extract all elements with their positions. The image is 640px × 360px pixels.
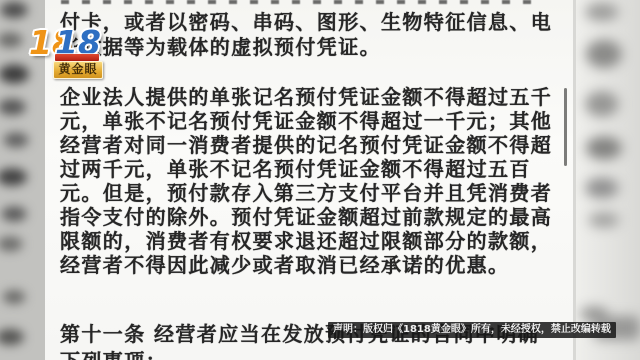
document-line: 经营者对同一消费者提供的记名预付凭证金额不得超 [60,129,565,151]
logo-gold-banner: 黄金眼 [53,61,103,79]
document-line: 过两千元，单张不记名预付凭证金额不得超过五百 [60,153,565,175]
document-page: 付卡，或者以密码、串码、图形、生物特征信息、电 子数据等为载体的虚拟预付凭证。 … [45,0,576,360]
document-line: 指令支付的除外。预付凭证金额超过前款规定的最高 [60,201,565,223]
document-line: 元，单张不记名预付凭证金额不得超过一千元；其他 [60,105,565,127]
document-line: 付卡，或者以密码、串码、图形、生物特征信息、电 [60,6,565,28]
video-frame: 付卡，或者以密码、串码、图形、生物特征信息、电 子数据等为载体的虚拟预付凭证。 … [0,0,640,360]
logo-red-banner [55,54,99,61]
document-line: 企业法人提供的单张记名预付凭证金额不得超过五千 [60,81,565,103]
clipped-text-fragment [61,0,531,4]
right-blur-strip [576,0,640,360]
copyright-watermark: 声明：版权归《1818黄金眼》所有，未经授权，禁止改编转载 [328,322,616,338]
right-blur-blobs [576,0,640,360]
program-logo: 18 18 黄金眼 [29,28,105,78]
document-line: 经营者不得因此减少或者取消已经承诺的优惠。 [60,249,565,271]
document-line: 元。但是，预付款存入第三方支付平台并且凭消费者 [60,177,565,199]
document-line: 限额的，消费者有权要求退还超过限额部分的款额， [60,225,565,247]
document-line: 子数据等为载体的虚拟预付凭证。 [60,31,565,53]
document-line: 下列事项： [60,345,565,360]
